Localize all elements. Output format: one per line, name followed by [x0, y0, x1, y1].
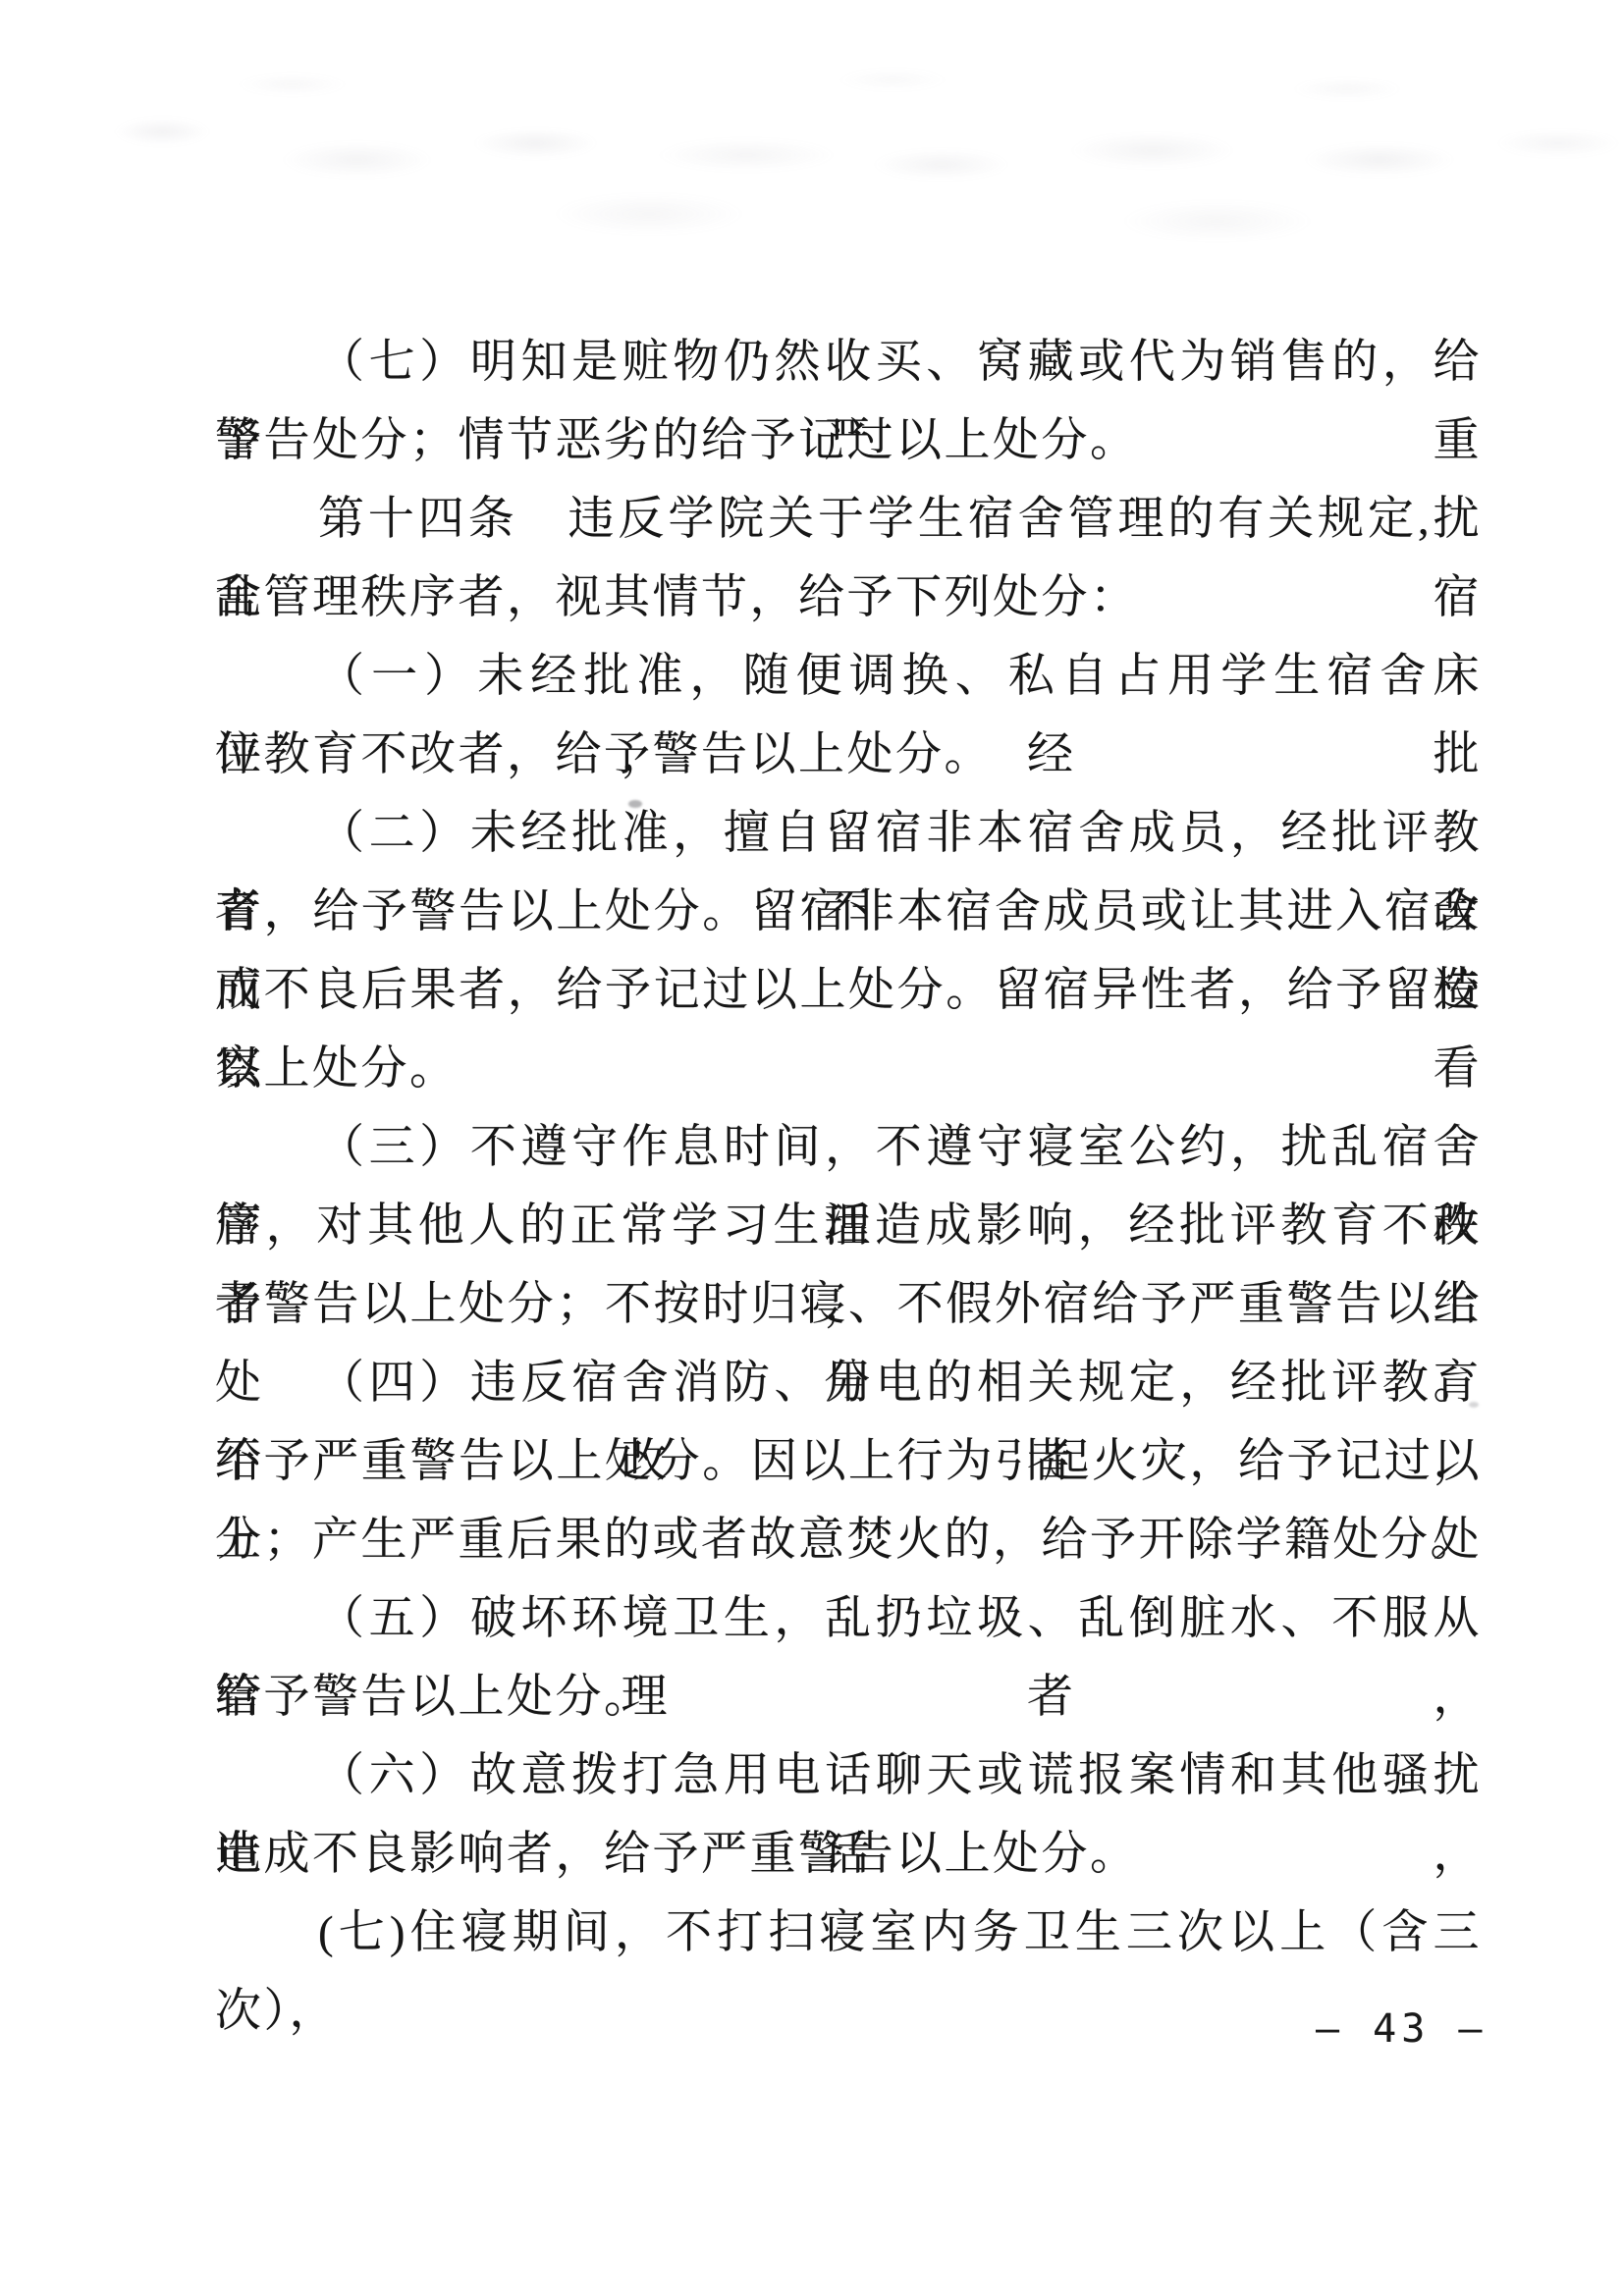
text-line: （六）故意拨打急用电话聊天或谎报案情和其他骚扰电话， [215, 1736, 1482, 1815]
text-line: （二）未经批准，擅自留宿非本宿舍成员，经批评教育不改 [215, 794, 1482, 873]
text-line: (七)住寝期间，不打扫寝室内务卫生三次以上（含三次）， [215, 1894, 1482, 1972]
text-line: 者，给予警告以上处分。留宿非本宿舍成员或让其进入宿舍而造 [215, 873, 1482, 951]
text-line: （五）破坏环境卫生，乱扔垃圾、乱倒脏水、不服从管理者， [215, 1579, 1482, 1658]
text-line: 第十四条 违反学院关于学生宿舍管理的有关规定,扰乱宿 [215, 480, 1482, 559]
text-line: 给予严重警告以上处分。因以上行为引起火灾，给予记过以上处 [215, 1422, 1482, 1501]
text-line: （一）未经批准，随便调换、私自占用学生宿舍床位，经批 [215, 637, 1482, 716]
text-line: （七）明知是赃物仍然收买、窝藏或代为销售的，给予严重 [215, 323, 1482, 401]
scanned-page: （七）明知是赃物仍然收买、窝藏或代为销售的，给予严重警告处分；情节恶劣的给予记过… [0, 0, 1623, 2296]
text-line: （三）不遵守作息时间，不遵守寝室公约，扰乱宿舍管理秩 [215, 1108, 1482, 1187]
text-line: （四）违反宿舍消防、用电的相关规定，经批评教育不改者， [215, 1344, 1482, 1422]
page-number: – 43 – [1316, 2006, 1488, 2052]
text-line: 成不良后果者，给予记过以上处分。留宿异性者，给予留校察看 [215, 951, 1482, 1030]
text-line: 予警告以上处分；不按时归寝、不假外宿给予严重警告以上处分。 [215, 1265, 1482, 1344]
text-line: 分；产生严重后果的或者故意焚火的，给予开除学籍处分。 [215, 1501, 1482, 1579]
scan-noise-band [0, 14, 1623, 249]
text-line: 序，对其他人的正常学习生活造成影响，经批评教育不改者，给 [215, 1187, 1482, 1265]
document-body: （七）明知是赃物仍然收买、窝藏或代为销售的，给予严重警告处分；情节恶劣的给予记过… [215, 323, 1482, 1972]
